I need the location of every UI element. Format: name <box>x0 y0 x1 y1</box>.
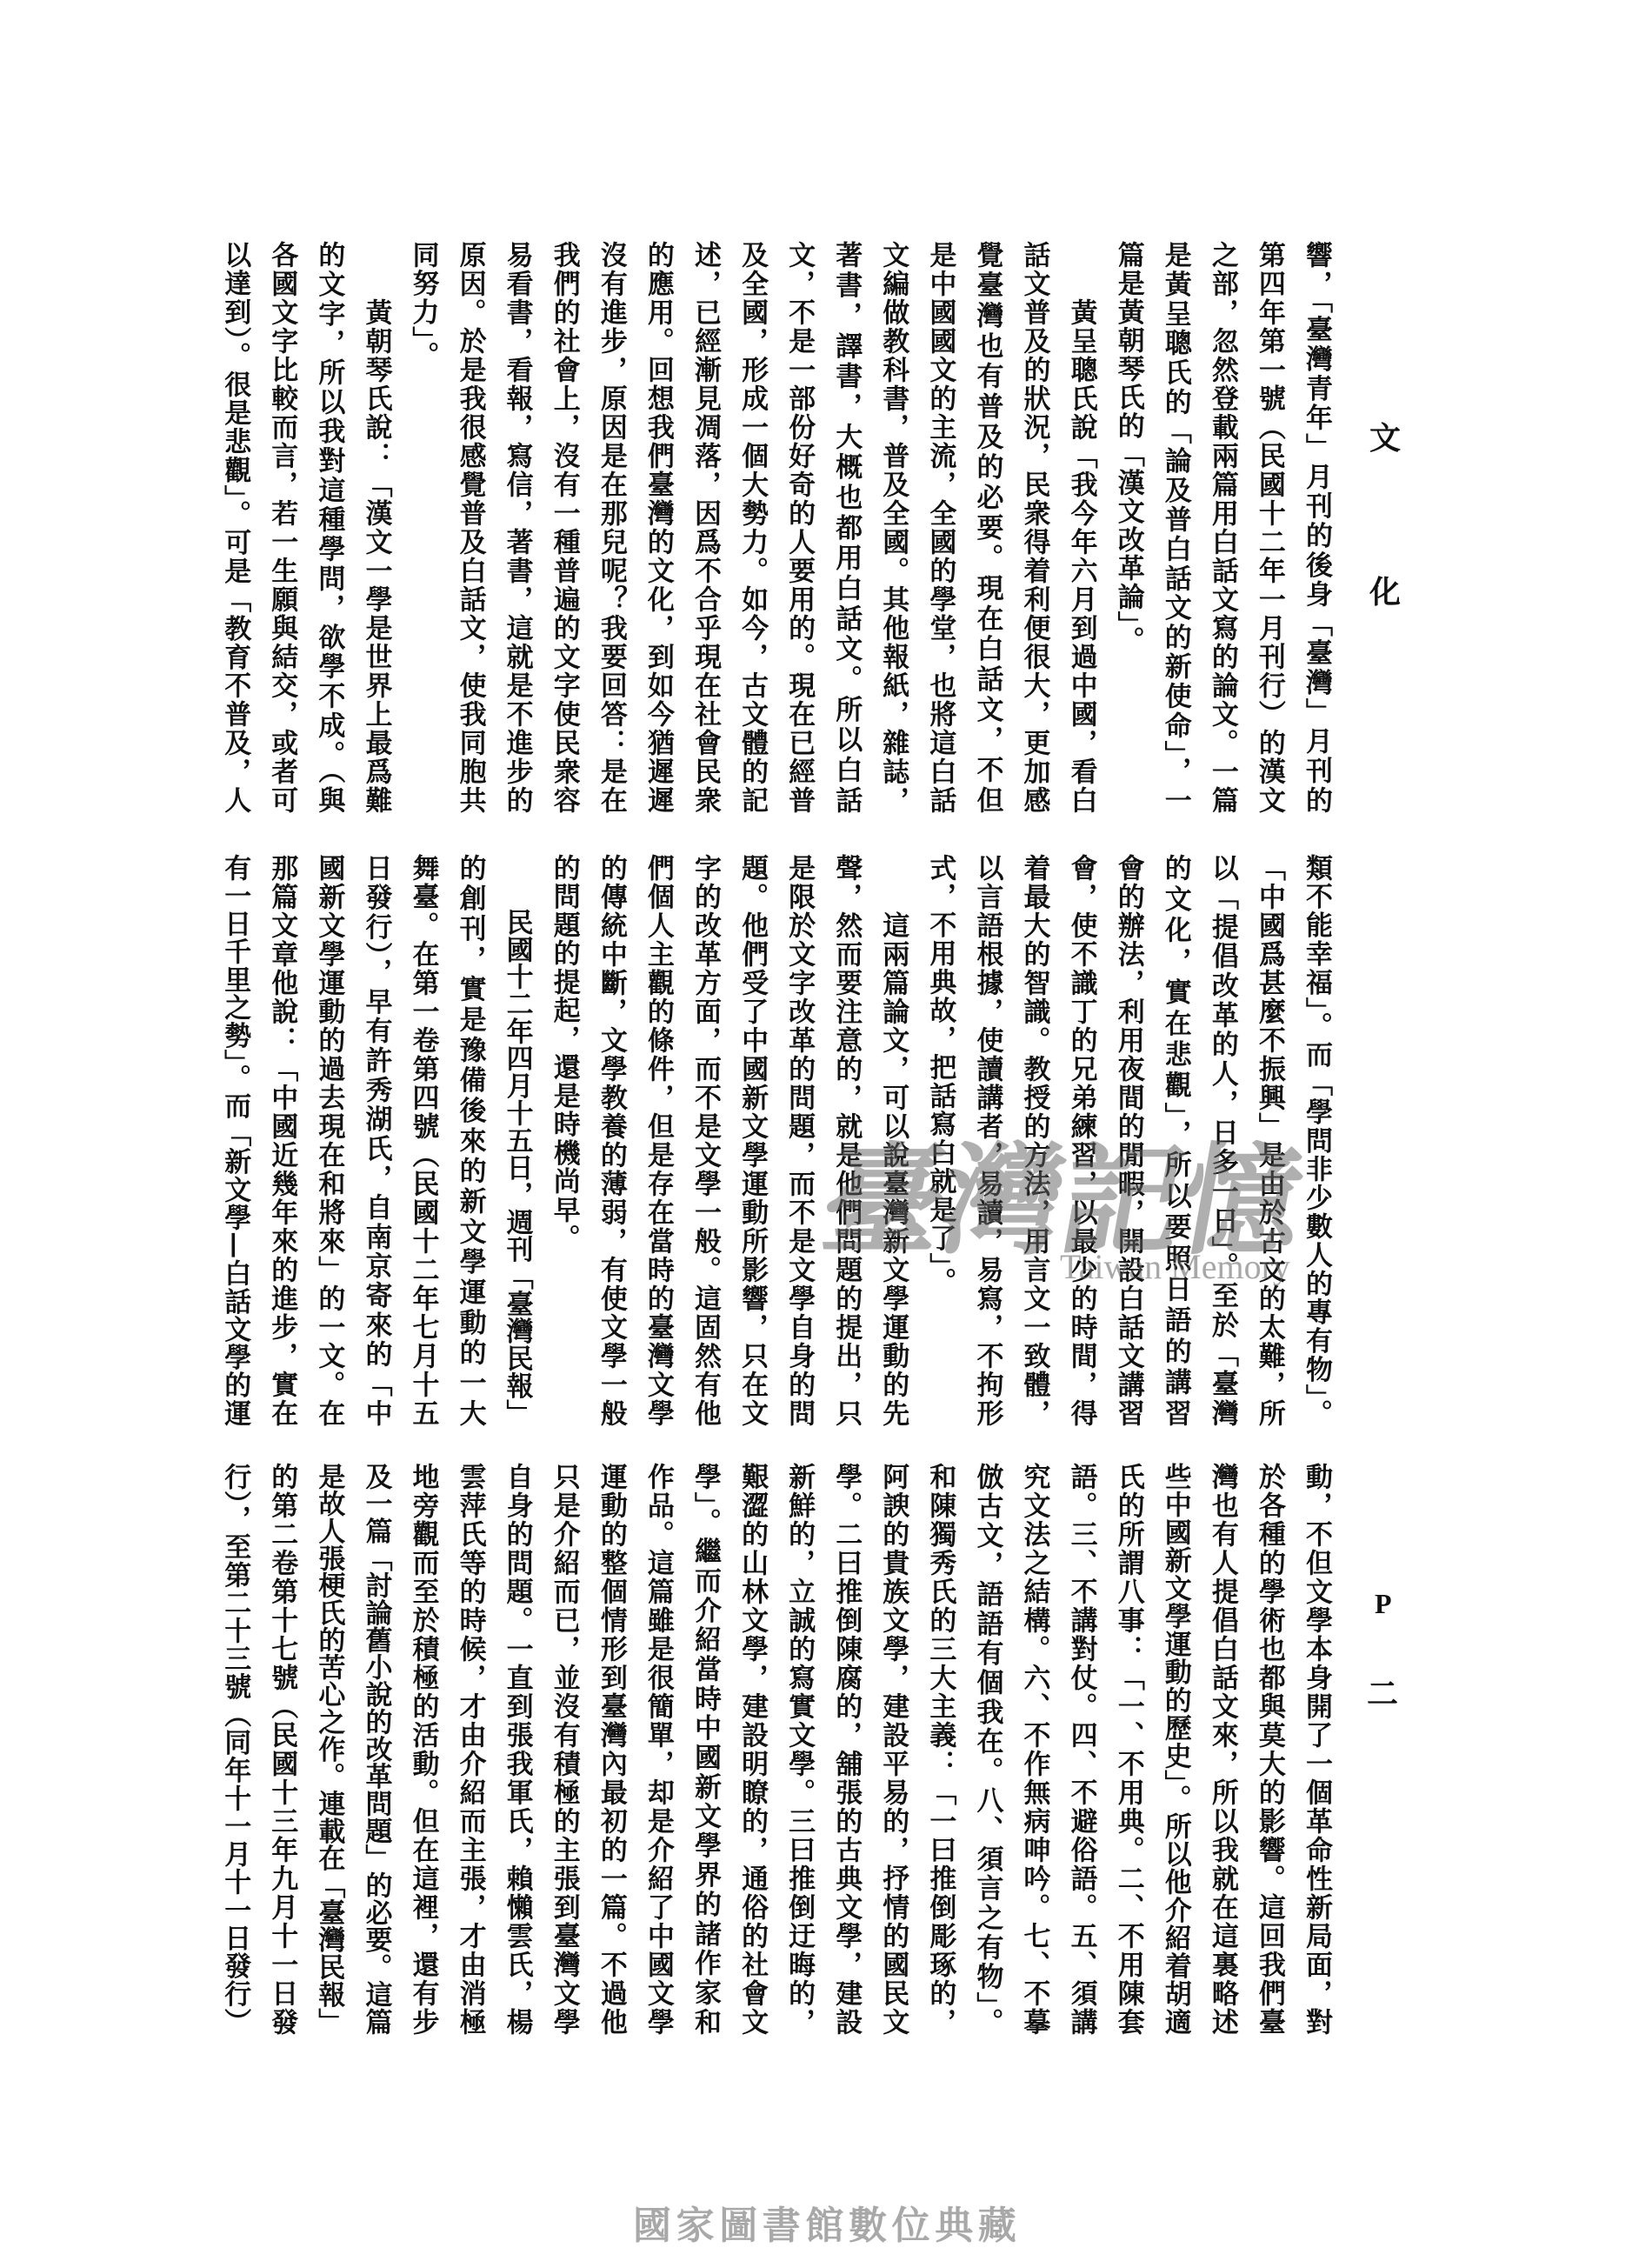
text-column: 學」。繼而介紹當時中國新文學界的諸作家和 <box>682 1463 729 2035</box>
text-column: 那篇文章他說：「中國近幾年來的進步，實在 <box>258 854 305 1426</box>
text-column: 於各種的學術也都與莫大的影響。這回我們臺 <box>1246 1463 1293 2035</box>
text-band-top: 響，「臺灣青年」月刊的後身「臺灣」月刊的 第四年第一號（民國十二年一月刊行）的漢… <box>211 241 1340 817</box>
text-column: 以言語根據，使讀講者，易讀，易寫，不拘形 <box>963 854 1010 1426</box>
text-column: 行），至第二十三號（同年十一月十一日發行） <box>211 1463 258 2035</box>
text-column: 第四年第一號（民國十二年一月刊行）的漢文 <box>1246 241 1293 813</box>
footer-watermark: 國家圖書館數位典藏 <box>633 2207 1021 2245</box>
text-column: 著書，譯書，大概也都用白話文。所以白話 <box>823 241 869 813</box>
text-column: 同努力」。 <box>399 241 446 813</box>
text-column: 文編做教科書，普及全國。其他報紙，雜誌， <box>869 241 916 813</box>
text-column: 作品。這篇雖是很簡單，却是介紹了中國文學 <box>635 1463 682 2035</box>
text-column: 文，不是一部份好奇的人要用的。現在已經普 <box>776 241 823 813</box>
text-column: 倣古文，語語有個我在。八、須言之有物」。 <box>963 1463 1010 2035</box>
text-column: 阿諛的貴族文學，建設平易的，抒情的國民文 <box>869 1463 916 2035</box>
text-column: 聲，然而要注意的，就是他們問題的提出，只 <box>823 854 869 1426</box>
text-band-middle: 類不能幸福」。而「學問非少數人的專有物」。 「中國爲甚麼不振興」是由於古文的太難… <box>211 854 1340 1430</box>
text-column: 響，「臺灣青年」月刊的後身「臺灣」月刊的 <box>1293 241 1340 813</box>
text-column: 雲萍氏等的時候，才由介紹而主張，才由消極 <box>447 1463 494 2035</box>
text-column: 題。他們受了中國新文學運動所影響，只在文 <box>729 854 776 1426</box>
running-header-char-2: 化 <box>1369 577 1401 608</box>
text-column: 的應用。回想我們臺灣的文化，到如今猶遲遲 <box>635 241 682 813</box>
text-column: 以「提倡改革的人，日多一日」。至於「臺灣 <box>1199 854 1246 1426</box>
text-column: 有一日千里之勢」。而「新文學—白話文學的運 <box>211 854 258 1426</box>
text-column: 黃呈聰氏說「我今年六月到過中國，看白 <box>1058 241 1105 813</box>
text-column: 們個人主觀的條件，但是存在當時的臺灣文學 <box>635 854 682 1426</box>
text-column: 會的辦法，利用夜間的閒暇，開設白話文講習 <box>1105 854 1152 1426</box>
text-column: 式，不用典故，把話寫白就是了」。 <box>916 854 963 1426</box>
text-column: 舞臺。在第一卷第四號（民國十二年七月十五 <box>399 854 446 1426</box>
text-column: 的文字，所以我對這種學問，欲學不成。（與 <box>305 241 352 813</box>
text-column: 着最大的智識。教授的方法，用言文一致體， <box>1010 854 1057 1426</box>
text-column: 的第二卷第十七號（民國十三年九月十一日發 <box>258 1463 305 2035</box>
document-page: 文 化 P 二 響，「臺灣青年」月刊的後身「臺灣」月刊的 第四年第一號（民國十二… <box>0 0 1652 2261</box>
text-column: 新鮮的，立誠的寫實文學。三曰推倒迂晦的， <box>776 1463 823 2035</box>
text-column: 話文普及的狀況，民衆得着利便很大，更加感 <box>1010 241 1057 813</box>
text-column: 運動的整個情形到臺灣內最初的一篇。不過他 <box>588 1463 635 2035</box>
text-column: 述，已經漸見凋落，因爲不合乎現在社會民衆 <box>682 241 729 813</box>
page-number: 二 <box>1367 1678 1398 1710</box>
text-column: 地旁觀而至於積極的活動。但在這裡，還有步 <box>399 1463 446 2035</box>
text-column: 會，使不識丁的兄弟練習，以最少的時間，得 <box>1058 854 1105 1426</box>
text-column: 「中國爲甚麼不振興」是由於古文的太難，所 <box>1246 854 1293 1426</box>
text-column: 類不能幸福」。而「學問非少數人的專有物」。 <box>1293 854 1340 1426</box>
text-column: 的問題的提起，還是時機尚早。 <box>541 854 588 1426</box>
text-column: 原因。於是我很感覺普及白話文，使我同胞共 <box>447 241 494 813</box>
text-column: 艱澀的山林文學，建設明瞭的，通俗的社會文 <box>729 1463 776 2035</box>
text-column: 自身的問題。一直到張我軍氏，賴懶雲氏，楊 <box>494 1463 541 2035</box>
text-column: 的傳統中斷，文學教養的薄弱，有使文學一般 <box>588 854 635 1426</box>
text-column: 我們的社會上，沒有一種普遍的文字使民衆容 <box>541 241 588 813</box>
text-column: 是限於文字改革的問題，而不是文學自身的問 <box>776 854 823 1426</box>
text-column: 學。二曰推倒陳腐的，舖張的古典文學，建設 <box>823 1463 869 2035</box>
text-column: 的文化，實在悲觀」，所以要照日語的講習 <box>1152 854 1199 1426</box>
text-band-bottom: 動，不但文學本身開了一個革命性新局面，對 於各種的學術也都與莫大的影響。這回我們… <box>211 1463 1340 2038</box>
text-column: 易看書，看報，寫信，著書，這就是不進步的 <box>494 241 541 813</box>
text-column: 些中國新文學運動的歷史」。所以他介紹着胡適 <box>1152 1463 1199 2035</box>
text-column: 和陳獨秀氏的三大主義：「一曰推倒彫琢的， <box>916 1463 963 2035</box>
text-column: 的創刊，實是豫備後來的新文學運動的一大 <box>447 854 494 1426</box>
text-column: 篇是黃朝琴氏的「漢文改革論」。 <box>1105 241 1152 813</box>
text-column: 動，不但文學本身開了一個革命性新局面，對 <box>1293 1463 1340 2035</box>
text-column: 是黃呈聰氏的「論及普白話文的新使命」，一 <box>1152 241 1199 813</box>
running-header-char-1: 文 <box>1369 423 1401 454</box>
text-column: 日發行），早有許秀湖氏，自南京寄來的「中 <box>352 854 399 1426</box>
text-column: 氏的所謂八事：「一、不用典。二、不用陳套 <box>1105 1463 1152 2035</box>
text-column: 語。三、不講對仗。四、不避俗語。五、須講 <box>1058 1463 1105 2035</box>
page-label: P <box>1375 1590 1392 1617</box>
text-column: 究文法之結構。六、不作無病呻吟。七、不摹 <box>1010 1463 1057 2035</box>
text-column: 這兩篇論文，可以說臺灣新文學運動的先 <box>869 854 916 1426</box>
text-column: 是中國國文的主流，全國的學堂，也將這白話 <box>916 241 963 813</box>
text-column: 國新文學運動的過去現在和將來」的一文。在 <box>305 854 352 1426</box>
text-column: 之部，忽然登載兩篇用白話文寫的論文。一篇 <box>1199 241 1246 813</box>
text-column: 以達到）。很是悲觀」。可是「教育不普及，人 <box>211 241 258 813</box>
text-column: 字的改革方面，而不是文學一般。這固然有他 <box>682 854 729 1426</box>
text-column: 黃朝琴氏說：「漢文一學是世界上最爲難 <box>352 241 399 813</box>
text-column: 及全國，形成一個大勢力。如今，古文體的記 <box>729 241 776 813</box>
text-column: 灣也有人提倡白話文來，所以我就在這裏略述 <box>1199 1463 1246 2035</box>
text-column: 各國文字比較而言，若一生願與結交，或者可 <box>258 241 305 813</box>
text-column: 沒有進步，原因是在那兒呢？我要回答：是在 <box>588 241 635 813</box>
text-column: 是故人張梗氏的苦心之作。連載在「臺灣民報」 <box>305 1463 352 2035</box>
text-column: 民國十二年四月十五日，週刊「臺灣民報」 <box>494 854 541 1426</box>
text-column: 及一篇「討論舊小說的改革問題」的必要。這篇 <box>352 1463 399 2035</box>
text-column: 只是介紹而已，並沒有積極的主張到臺灣文學 <box>541 1463 588 2035</box>
text-column: 覺臺灣也有普及的必要。現在白話文，不但 <box>963 241 1010 813</box>
